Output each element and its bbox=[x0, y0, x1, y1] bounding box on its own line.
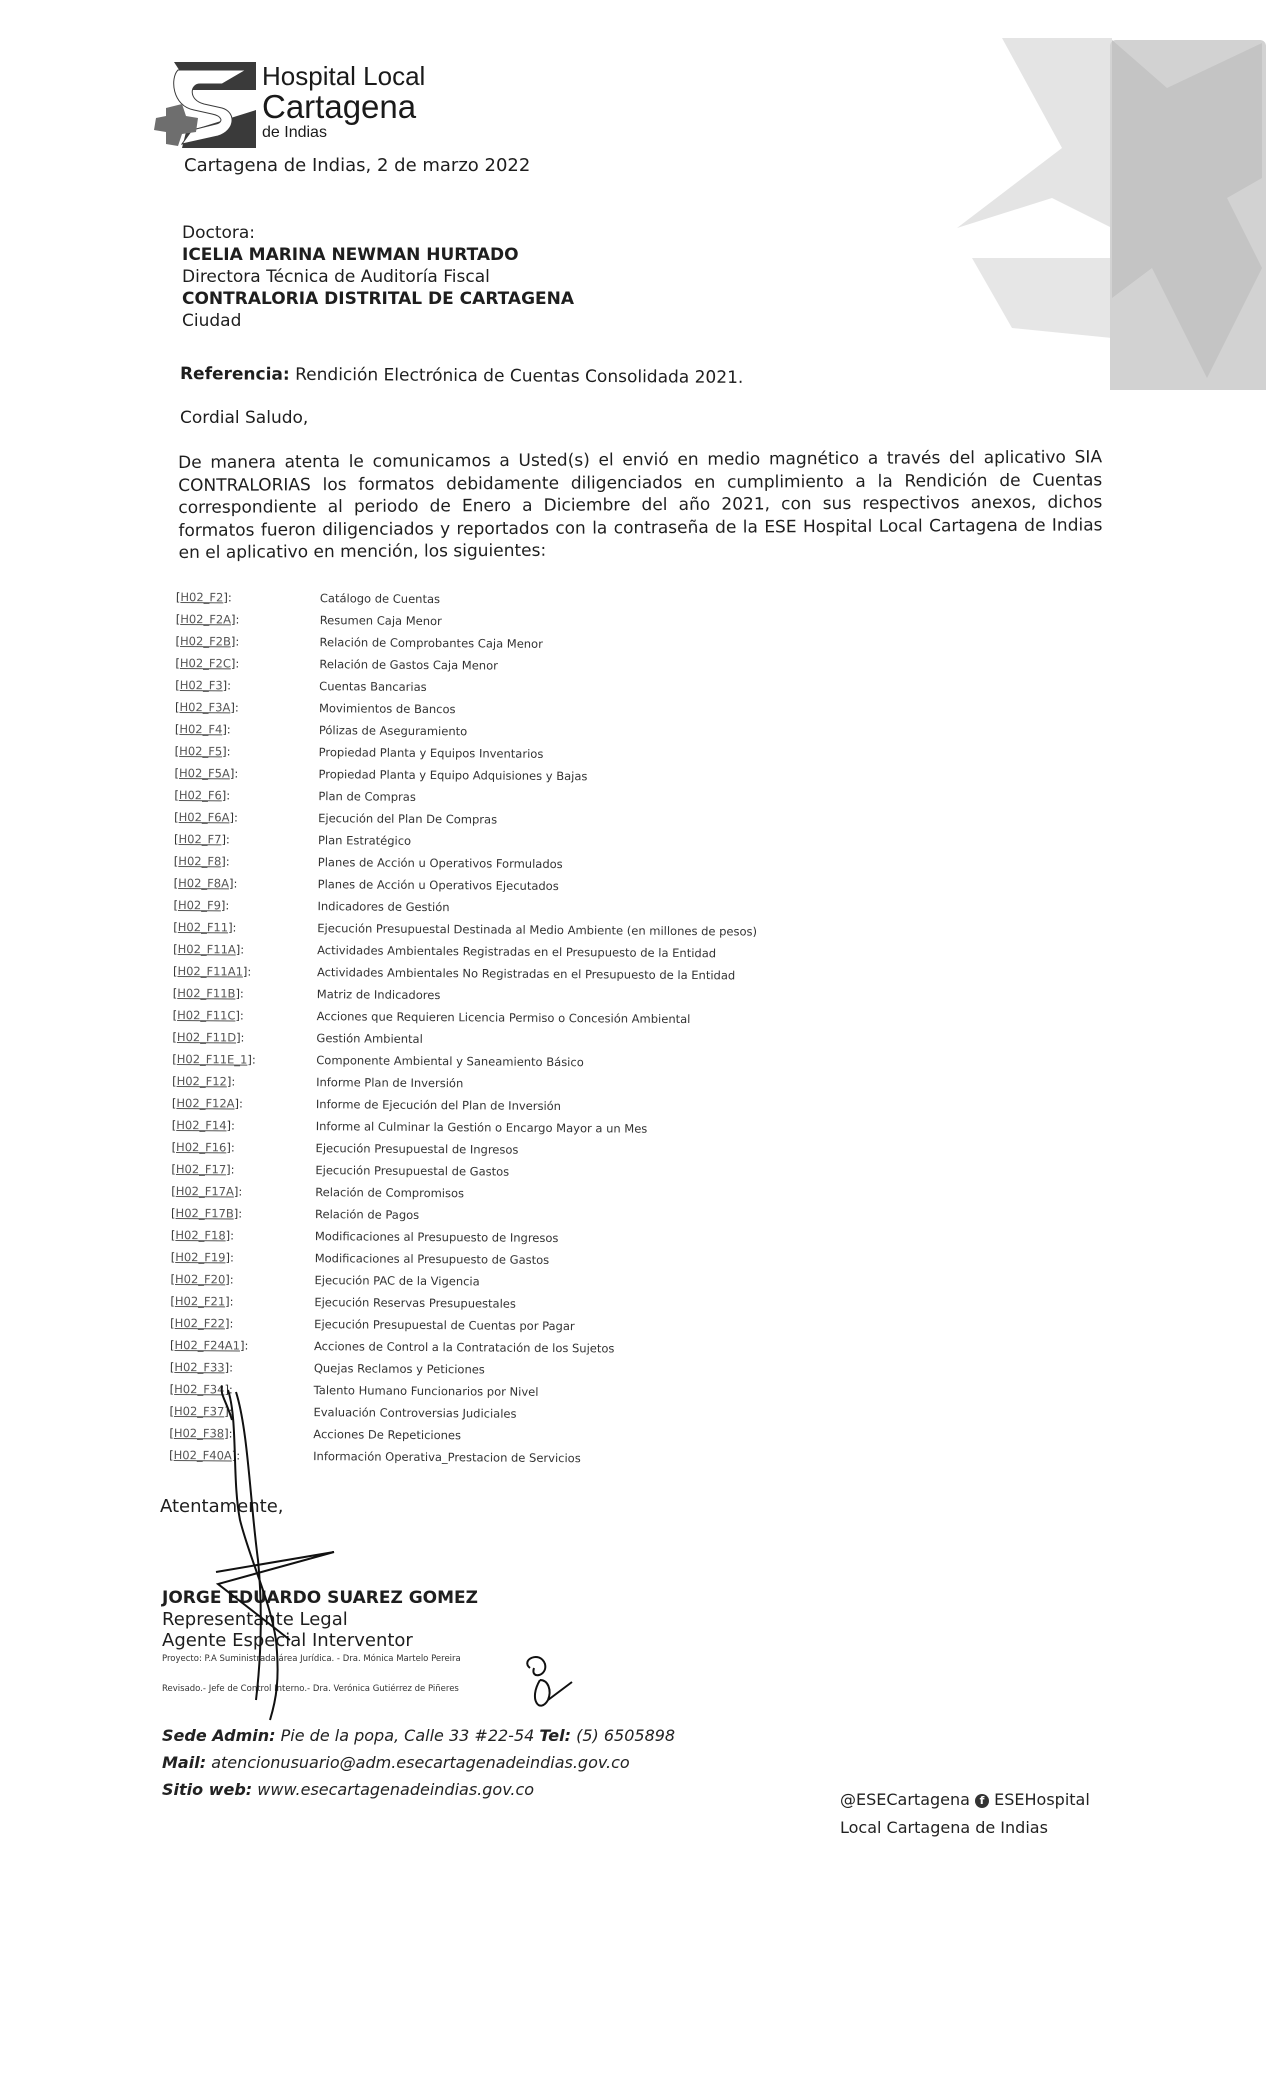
format-code[interactable]: [H02_F3A]: bbox=[175, 696, 319, 719]
web-label: Sitio web: bbox=[162, 1780, 252, 1799]
tel-label: Tel: bbox=[539, 1726, 571, 1745]
social-page-line1[interactable]: ESEHospital bbox=[994, 1790, 1090, 1809]
format-code[interactable]: [H02_F19]: bbox=[171, 1246, 315, 1269]
format-code[interactable]: [H02_F3]: bbox=[175, 674, 319, 697]
address-label: Sede Admin: bbox=[162, 1726, 276, 1745]
signer-role-1: Representante Legal bbox=[162, 1609, 478, 1630]
format-code[interactable]: [H02_F16]: bbox=[172, 1136, 316, 1159]
format-code[interactable]: [H02_F11]: bbox=[173, 916, 317, 939]
address-value: Pie de la popa, Calle 33 #22-54 bbox=[281, 1726, 535, 1745]
mail-link[interactable]: atencionusuario@adm.esecartagenadeindias… bbox=[211, 1753, 630, 1772]
reference-label: Referencia: bbox=[180, 364, 290, 385]
signer-block: JORGE EDUARDO SUAREZ GOMEZ Representante… bbox=[162, 1588, 478, 1651]
format-code[interactable]: [H02_F8]: bbox=[174, 850, 318, 873]
format-code[interactable]: [H02_F40A]: bbox=[169, 1444, 313, 1467]
format-code[interactable]: [H02_F11A]: bbox=[173, 938, 317, 961]
format-code[interactable]: [H02_F11D]: bbox=[172, 1026, 316, 1049]
format-code[interactable]: [H02_F11E_1]: bbox=[172, 1048, 316, 1071]
social-handle[interactable]: @ESECartagena bbox=[840, 1790, 970, 1809]
reviewed-by: Revisado.- Jefe de Control Interno.- Dra… bbox=[162, 1684, 459, 1694]
projected-by: Proyecto: P.A Suministrada área Jurídica… bbox=[162, 1654, 461, 1664]
greeting: Cordial Saludo, bbox=[180, 408, 308, 428]
recipient-title: Directora Técnica de Auditoría Fiscal bbox=[182, 266, 574, 288]
closing: Atentamente, bbox=[160, 1496, 284, 1517]
reference-text: Rendición Electrónica de Cuentas Consoli… bbox=[295, 365, 743, 388]
recipient-organization: CONTRALORIA DISTRITAL DE CARTAGENA bbox=[182, 288, 574, 310]
format-code[interactable]: [H02_F34]: bbox=[170, 1378, 314, 1401]
footer-mail-line: Mail: atencionusuario@adm.esecartagenade… bbox=[162, 1749, 675, 1776]
format-code[interactable]: [H02_F8A]: bbox=[174, 872, 318, 895]
format-code[interactable]: [H02_F21]: bbox=[170, 1290, 314, 1313]
format-code[interactable]: [H02_F11C]: bbox=[173, 1004, 317, 1027]
formats-list: [H02_F2]:Catálogo de Cuentas[H02_F2A]:Re… bbox=[169, 586, 876, 1471]
format-code[interactable]: [H02_F17]: bbox=[171, 1158, 315, 1181]
reference-line: Referencia: Rendición Electrónica de Cue… bbox=[180, 364, 743, 388]
format-code[interactable]: [H02_F11B]: bbox=[173, 982, 317, 1005]
web-link[interactable]: www.esecartagenadeindias.gov.co bbox=[257, 1780, 534, 1799]
mail-label: Mail: bbox=[162, 1753, 206, 1772]
format-code[interactable]: [H02_F12A]: bbox=[172, 1092, 316, 1115]
format-code[interactable]: [H02_F7]: bbox=[174, 828, 318, 851]
format-code[interactable]: [H02_F14]: bbox=[172, 1114, 316, 1137]
format-code[interactable]: [H02_F33]: bbox=[170, 1356, 314, 1379]
body-paragraph: De manera atenta le comunicamos a Usted(… bbox=[178, 446, 1103, 564]
footer-address-line: Sede Admin: Pie de la popa, Calle 33 #22… bbox=[162, 1722, 675, 1749]
brand-line-3: de Indias bbox=[262, 124, 425, 142]
format-code[interactable]: [H02_F24A1]: bbox=[170, 1334, 314, 1357]
format-description: Información Operativa_Prestacion de Serv… bbox=[313, 1445, 869, 1471]
format-code[interactable]: [H02_F5A]: bbox=[174, 762, 318, 785]
format-code[interactable]: [H02_F2]: bbox=[176, 586, 320, 609]
format-code[interactable]: [H02_F6]: bbox=[174, 784, 318, 807]
format-code[interactable]: [H02_F2B]: bbox=[175, 630, 319, 653]
format-code[interactable]: [H02_F12]: bbox=[172, 1070, 316, 1093]
tel-value: (5) 6505898 bbox=[576, 1726, 675, 1745]
brand-line-2: Cartagena bbox=[262, 90, 425, 124]
letter-date: Cartagena de Indias, 2 de marzo 2022 bbox=[184, 155, 530, 176]
recipient-block: Doctora: ICELIA MARINA NEWMAN HURTADO Di… bbox=[182, 222, 574, 332]
hospital-logo-icon bbox=[152, 60, 258, 150]
format-code[interactable]: [H02_F17B]: bbox=[171, 1202, 315, 1225]
brand-name: Hospital Local Cartagena de Indias bbox=[262, 62, 425, 142]
format-code[interactable]: [H02_F18]: bbox=[171, 1224, 315, 1247]
format-code[interactable]: [H02_F37]: bbox=[169, 1400, 313, 1423]
format-code[interactable]: [H02_F9]: bbox=[173, 894, 317, 917]
format-code[interactable]: [H02_F6A]: bbox=[174, 806, 318, 829]
social-block: @ESECartagena f ESEHospital Local Cartag… bbox=[840, 1786, 1090, 1842]
format-code[interactable]: [H02_F5]: bbox=[175, 740, 319, 763]
format-code[interactable]: [H02_F20]: bbox=[170, 1268, 314, 1291]
social-page-line2: Local Cartagena de Indias bbox=[840, 1814, 1090, 1842]
footer-web-line: Sitio web: www.esecartagenadeindias.gov.… bbox=[162, 1776, 675, 1803]
recipient-city: Ciudad bbox=[182, 310, 574, 332]
format-code[interactable]: [H02_F4]: bbox=[175, 718, 319, 741]
format-code[interactable]: [H02_F11A1]: bbox=[173, 960, 317, 983]
format-code[interactable]: [H02_F17A]: bbox=[171, 1180, 315, 1203]
signer-role-2: Agente Especial Interventor bbox=[162, 1630, 478, 1651]
format-code[interactable]: [H02_F2C]: bbox=[175, 652, 319, 675]
format-code[interactable]: [H02_F2A]: bbox=[176, 608, 320, 631]
recipient-salutation: Doctora: bbox=[182, 222, 574, 244]
facebook-icon: f bbox=[975, 1794, 989, 1808]
format-item: [H02_F40A]:Información Operativa_Prestac… bbox=[169, 1444, 869, 1471]
brand-line-1: Hospital Local bbox=[262, 62, 425, 90]
watermark-logo-graphic bbox=[952, 18, 1270, 390]
format-code[interactable]: [H02_F38]: bbox=[169, 1422, 313, 1445]
signer-name: JORGE EDUARDO SUAREZ GOMEZ bbox=[162, 1588, 478, 1609]
recipient-name: ICELIA MARINA NEWMAN HURTADO bbox=[182, 244, 574, 266]
format-code[interactable]: [H02_F22]: bbox=[170, 1312, 314, 1335]
footer-contact: Sede Admin: Pie de la popa, Calle 33 #22… bbox=[162, 1722, 675, 1803]
